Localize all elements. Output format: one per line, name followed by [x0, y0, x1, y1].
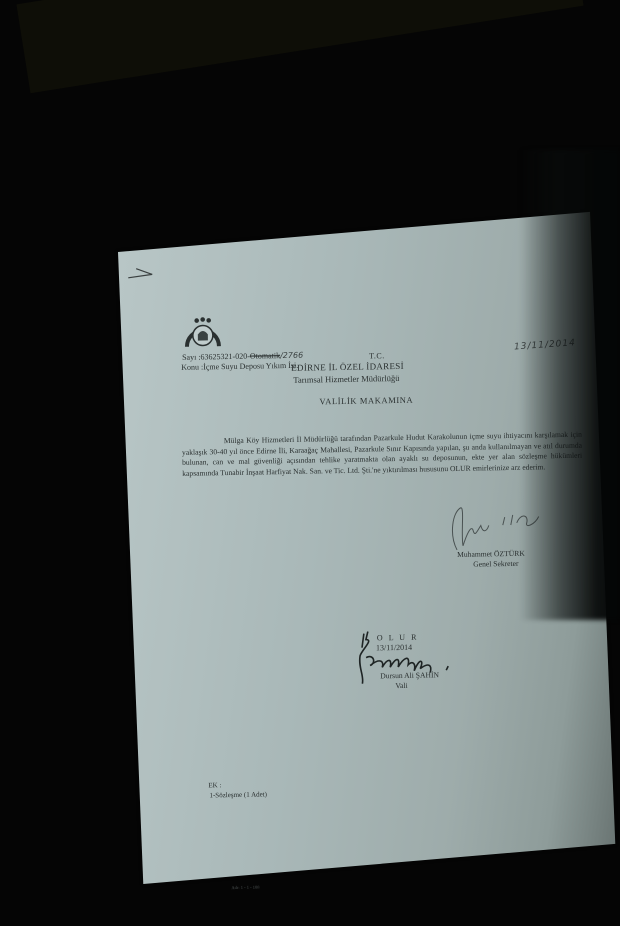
recipient: VALİLİK MAKAMINA [319, 395, 413, 407]
footer-code: Adr: 1 - 1 - 108 [231, 885, 259, 891]
letterhead-department: Tarımsal Hizmetler Müdürlüğü [293, 373, 399, 385]
attachments-label: EK : [208, 781, 221, 789]
municipal-seal-icon [181, 316, 225, 351]
governor-title: Vali [395, 681, 407, 690]
sayi-struck-text: Otomatik [250, 351, 280, 361]
letterhead-agency: EDİRNE İL ÖZEL İDARESİ [291, 361, 404, 373]
hand-shadow [520, 150, 620, 620]
governor-name: Dursun Ali ŞAHİN [380, 670, 439, 680]
handwritten-check-mark-icon [126, 265, 156, 282]
sayi-label: Sayı [182, 353, 196, 362]
konu-value: :İçme Suyu Deposu Yıkım İşi. [201, 361, 298, 372]
konu-label: Konu [181, 363, 199, 372]
letterhead-country: T.C. [369, 351, 385, 360]
signatory-name: Muhammet ÖZTÜRK [457, 549, 525, 559]
attachment-item: 1-Sözleşme (1 Adet) [209, 790, 267, 799]
sayi-number: :63625321-020- [198, 352, 250, 362]
background-fold [16, 0, 583, 93]
subject-line: Konu :İçme Suyu Deposu Yıkım İşi. [181, 361, 298, 372]
sayi-handwritten: /2766 [280, 351, 303, 360]
signatory-title: Genel Sekreter [473, 559, 518, 569]
